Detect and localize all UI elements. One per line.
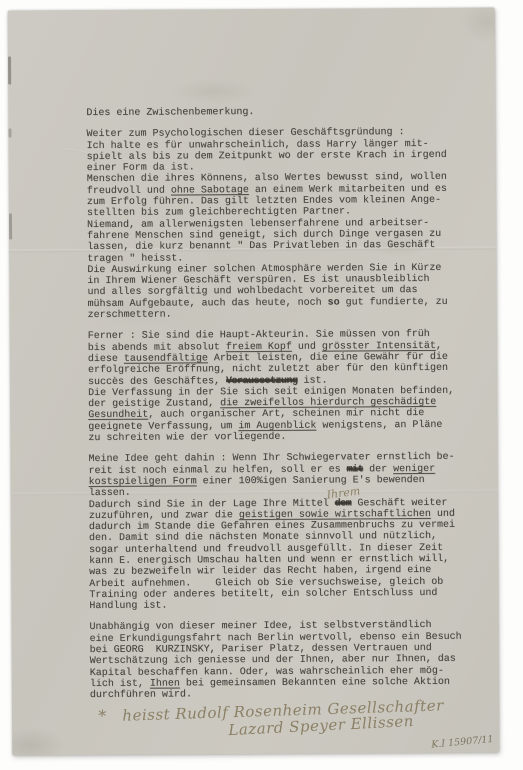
underlined-text-segment: Ihnen xyxy=(150,678,180,689)
text-segment: lassen, die kurz benannt " Das Privatleb… xyxy=(87,240,435,253)
underlined-text-segment: geistigen sowie wirtschaftlichen xyxy=(239,509,431,521)
scan-background: { "colors": { "background": "#fdfdfc", "… xyxy=(0,0,523,770)
typewritten-paragraph: Weiter zum Psychologischen dieser Geschä… xyxy=(86,127,465,321)
text-segment: erfolgreiche Eröffnung, nicht zuletzt ab… xyxy=(88,363,448,376)
struck-out-text-segment: demIhrem xyxy=(335,498,352,509)
archival-reference-number: K.I 15907/11 xyxy=(430,734,493,751)
text-segment: lich ist, xyxy=(90,679,150,690)
text-segment: ist. xyxy=(298,375,328,386)
text-segment: zuzuführen, und zwar die xyxy=(89,510,239,522)
typewritten-line: mühsam Aufgebaute, auch das heute, noch … xyxy=(87,296,465,310)
text-segment: spielt als bis zu dem Zeitpunkt wo der e… xyxy=(87,150,447,163)
text-segment: bei gemeinsamen Bekannten eine solche Ak… xyxy=(180,677,450,690)
typewritten-paragraph: Dies eine Zwischenbemerkung. xyxy=(86,106,464,120)
text-segment: an einem Werk mitarbeiten und es xyxy=(249,184,447,196)
text-segment: bis abends mit absolut xyxy=(88,342,226,354)
text-segment: succès des Geschäftes, xyxy=(88,376,226,388)
text-segment: zerschmettern. xyxy=(88,310,172,322)
text-segment: der xyxy=(363,464,393,475)
typewritten-paragraph: Ferner : Sie sind die Haupt-Akteurin. Si… xyxy=(88,329,467,444)
underlined-text-segment: Gesundheit xyxy=(88,410,148,421)
text-segment: Geschäft weiter xyxy=(351,497,447,509)
text-segment: geeignete Verfassung, um xyxy=(88,421,238,433)
typewritten-line: lassen, die kurz benannt " Das Privatleb… xyxy=(87,240,465,254)
text-segment: diese xyxy=(88,354,124,365)
struck-out-text-segment: Voraussetzung xyxy=(226,375,298,386)
paper-edge-smudge xyxy=(9,213,12,239)
paper-edge-smudge xyxy=(8,128,11,137)
text-segment: mühsam Aufgebaute, auch das heute, noch xyxy=(87,297,327,309)
text-segment: lassen. xyxy=(89,488,131,499)
typewritten-text: Dies eine Zwischenbemerkung.Weiter zum P… xyxy=(86,106,468,712)
underlined-text-segment: weniger xyxy=(393,464,435,475)
typewritten-paragraph: Unabhängig von dieser meiner Idee, ist s… xyxy=(89,620,467,701)
text-segment: und xyxy=(292,341,322,352)
typewritten-line: zu schreiten wie der vorliegende. xyxy=(88,431,466,445)
underlined-text-segment: freiem Kopf xyxy=(226,341,292,352)
typewritten-line: Dies eine Zwischenbemerkung. xyxy=(86,106,464,120)
text-segment: , xyxy=(436,340,442,351)
underlined-text-segment: im Augenblick xyxy=(238,420,316,431)
paper-edge-smudge xyxy=(8,56,11,84)
text-segment: Dies eine Zwischenbemerkung. xyxy=(86,107,254,119)
text-segment: Handlung ist. xyxy=(89,601,167,612)
text-segment: einer 100%igen Sanierung E's bewenden xyxy=(197,475,425,487)
underlined-text-segment: tausendfältige xyxy=(124,353,208,365)
text-segment: tragen " heisst. xyxy=(87,253,183,265)
underlined-text-segment: grösster Intensität xyxy=(322,341,436,353)
typewritten-line: zerschmettern. xyxy=(88,308,466,322)
text-segment: Training oder anderes betitelt, ein solc… xyxy=(89,588,437,601)
text-segment: gut fundierte, zu xyxy=(340,297,448,309)
text-segment: zu schreiten wie der vorliegende. xyxy=(88,432,286,444)
text-segment: freudvoll und xyxy=(87,185,171,197)
asterisk-footnote-marker: * xyxy=(97,706,107,726)
scanned-letter-page: Dies eine Zwischenbemerkung.Weiter zum P… xyxy=(8,8,500,756)
underlined-text-segment: kostspieligen Form xyxy=(89,476,197,488)
struck-out-text-segment: mit xyxy=(347,464,364,475)
typewritten-line: Handlung ist. xyxy=(89,599,467,613)
text-segment: wenigstens, an Pläne xyxy=(316,420,442,432)
text-segment: so xyxy=(328,297,340,308)
underlined-text-segment: ohne Sabotage xyxy=(171,185,249,196)
typewritten-paragraph: Meine Idee geht dahin : Wenn Ihr Schwieg… xyxy=(88,452,467,612)
text-segment: und xyxy=(431,509,455,520)
text-segment: durchführen wird. xyxy=(90,690,192,702)
